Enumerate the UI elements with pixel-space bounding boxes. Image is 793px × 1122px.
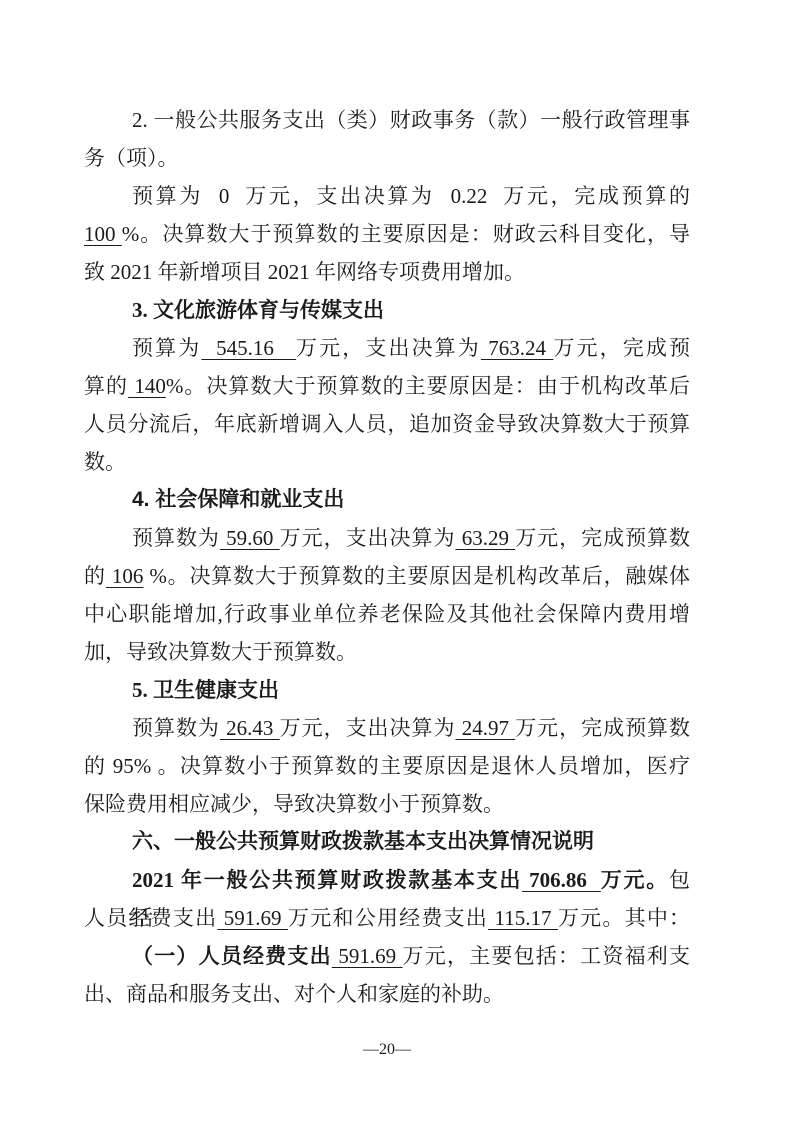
paragraph-line: 出、商品和服务支出、对个人和家庭的补助。 [84,975,690,1013]
paragraph-line: 务（项）。 [84,139,690,177]
paragraph-line: 保险费用相应减少，导致决算数小于预算数。 [84,785,690,823]
paragraph-line: 2021 年一般公共预算财政拨款基本支出 706.86 万元。包括： [84,861,690,899]
body-text: 万元，完成预算数 [515,526,690,550]
body-text: 万元，支出决算为 [296,336,481,360]
body-text: 致 2021 年新增项目 2021 年网络专项费用增加。 [84,260,525,284]
paragraph-line: 100 %。决算数大于预算数的主要原因是：财政云科目变化，导 [84,215,690,253]
paragraph-line: 人员分流后，年底新增调入人员，追加资金导致决算数大于预算 [84,405,690,443]
underlined-value: 763.24 [481,336,554,360]
body-text: 万元和公用经费支出 [288,906,488,930]
underlined-value: 59.60 [220,526,280,550]
paragraph-line: 预算数为 59.60 万元，支出决算为 63.29 万元，完成预算数 [84,519,690,557]
body-text: 算的 [84,374,128,398]
paragraph-line: 2. 一般公共服务支出（类）财政事务（款）一般行政管理事 [84,101,690,139]
underlined-value: 591.69 [332,944,403,968]
underlined-value: 24.97 [455,716,515,740]
underlined-value: 140 [128,374,166,398]
body-text: 万元，支出决算为 [280,526,456,550]
body-text: %。决算数大于预算数的主要原因是：财政云科目变化，导 [122,222,690,246]
section-heading-5: 5. 卫生健康支出 [84,671,690,709]
body-text: %。决算数大于预算数的主要原因是：由于机构改革后 [166,374,690,398]
paragraph-line: 数。 [84,443,690,481]
body-text: 万元，主要包括：工资福利支 [403,944,690,968]
underlined-value: 106 [106,564,144,588]
body-text: 万元，支出决算为 [280,716,456,740]
paragraph-line: 致 2021 年新增项目 2021 年网络专项费用增加。 [84,253,690,291]
body-text: 数。 [84,450,126,474]
section-heading-6: 六、一般公共预算财政拨款基本支出决算情况说明 [84,823,690,861]
body-text: %。决算数大于预算数的主要原因是机构改革后，融媒体 [143,564,690,588]
bold-text: （一）人员经费支出 [132,944,332,968]
paragraph-line: 人员经费支出 591.69 万元和公用经费支出 115.17 万元。其中： [84,899,690,937]
underlined-value: 100 [84,222,122,246]
body-text: 万元，完成预算数 [515,716,690,740]
body-text: 预算为 [132,336,201,360]
body-text: 万元。其中： [558,906,690,930]
bold-text: 万元。 [601,868,669,892]
paragraph-line: 中心职能增加,行政事业单位养老保险及其他社会保障内费用增 [84,595,690,633]
body-text: 万元，完成预 [553,336,690,360]
body-text: 预算为 0 万元，支出决算为 0.22 万元，完成预算的 [132,184,690,208]
body-text: 中心职能增加,行政事业单位养老保险及其他社会保障内费用增 [84,602,690,626]
body-text: 预算数为 [132,716,220,740]
paragraph-line: 预算为 545.16 万元，支出决算为 763.24 万元，完成预 [84,329,690,367]
underlined-value: 545.16 [201,336,296,360]
paragraph-line: 算的 140%。决算数大于预算数的主要原因是：由于机构改革后 [84,367,690,405]
section-heading-4: 4. 社会保障和就业支出 [84,481,690,519]
body-text: 人员分流后，年底新增调入人员，追加资金导致决算数大于预算 [84,412,690,436]
text-block: 2. 一般公共服务支出（类）财政事务（款）一般行政管理事 务（项）。 预算为 0… [84,101,690,1013]
bold-text: 2021 年一般公共预算财政拨款基本支出 [132,868,522,892]
heading-text: 5. 卫生健康支出 [132,678,279,702]
body-text: 务（项）。 [84,146,179,170]
heading-text: 4. 社会保障和就业支出 [132,488,344,511]
heading-text: 3. 文化旅游体育与传媒支出 [132,298,384,322]
body-text: 出、商品和服务支出、对个人和家庭的补助。 [84,982,504,1006]
body-text: 保险费用相应减少，导致决算数小于预算数。 [84,792,504,816]
body-text: 的 95% 。决算数小于预算数的主要原因是退休人员增加，医疗 [84,754,690,778]
body-text: 的 [84,564,106,588]
underlined-value: 63.29 [455,526,515,550]
document-page: 2. 一般公共服务支出（类）财政事务（款）一般行政管理事 务（项）。 预算为 0… [0,0,793,1122]
underlined-value: 26.43 [220,716,280,740]
underlined-value: 591.69 [217,906,288,930]
paragraph-line: 加，导致决算数大于预算数。 [84,633,690,671]
underlined-value: 115.17 [488,906,558,930]
body-text: 人员经费支出 [84,906,217,930]
underlined-value: 706.86 [522,868,601,892]
paragraph-line: （一）人员经费支出 591.69 万元，主要包括：工资福利支 [84,937,690,975]
paragraph-line: 的 95% 。决算数小于预算数的主要原因是退休人员增加，医疗 [84,747,690,785]
heading-text: 六、一般公共预算财政拨款基本支出决算情况说明 [132,830,594,853]
page-number: —20— [84,1040,690,1060]
paragraph-line: 的 106 %。决算数大于预算数的主要原因是机构改革后，融媒体 [84,557,690,595]
section-heading-3: 3. 文化旅游体育与传媒支出 [84,291,690,329]
body-text: 加，导致决算数大于预算数。 [84,640,357,664]
paragraph-line: 预算为 0 万元，支出决算为 0.22 万元，完成预算的 [84,177,690,215]
paragraph-line: 预算数为 26.43 万元，支出决算为 24.97 万元，完成预算数 [84,709,690,747]
body-text: 2. 一般公共服务支出（类）财政事务（款）一般行政管理事 [132,108,690,132]
body-text: 预算数为 [132,526,220,550]
